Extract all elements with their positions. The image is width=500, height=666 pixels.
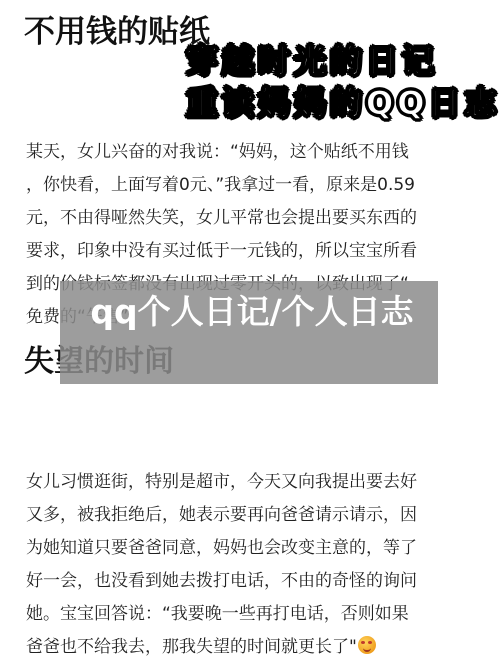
outlined-title-line-2: 重读妈妈的QQ日志 — [186, 82, 500, 124]
paragraph-line: 要求，印象中没有买过低于一元钱的，所以宝宝所看 — [26, 235, 478, 268]
paragraph-line: 为她知道只要爸爸同意，妈妈也会改变主意的，等了 — [26, 532, 478, 565]
paragraph-line-last: 爸爸也不给我去，那我失望的时间就更长了" — [26, 631, 478, 664]
smiling-emoji-icon — [358, 636, 376, 654]
outlined-title-line-1: 穿越时光的日记 — [186, 40, 500, 82]
paragraph-line: 又多，被我拒绝后，她表示要再向爸爸请示请示，因 — [26, 499, 478, 532]
title-overlay: qq个人日记/个人日志 — [60, 281, 438, 384]
paragraph-line: 她。宝宝回答说：“我要晚一些再打电话，否则如果 — [26, 598, 478, 631]
paragraph-disappointed-time: 女儿习惯逛街，特别是超市，今天又向我提出要去好 又多，被我拒绝后，她表示要再向爸… — [26, 466, 478, 664]
paragraph-line: ，你快看，上面写着0元、”我拿过一看，原来是0.59 — [26, 169, 478, 202]
paragraph-line: 元，不由得哑然失笑，女儿平常也会提出要买东西的 — [26, 202, 478, 235]
heading-free-sticker: 不用钱的贴纸 — [24, 6, 210, 51]
paragraph-line: 女儿习惯逛街，特别是超市，今天又向我提出要去好 — [26, 466, 478, 499]
outlined-title: 穿越时光的日记 重读妈妈的QQ日志 — [186, 40, 500, 124]
paragraph-line: 某天，女儿兴奋的对我说：“妈妈，这个贴纸不用钱 — [26, 136, 478, 169]
paragraph-line-text: 爸爸也不给我去，那我失望的时间就更长了" — [26, 637, 357, 657]
overlay-title: qq个人日记/个人日志 — [82, 289, 422, 335]
paragraph-line: 好一会，也没看到她去拨打电话，不由的奇怪的询问 — [26, 565, 478, 598]
